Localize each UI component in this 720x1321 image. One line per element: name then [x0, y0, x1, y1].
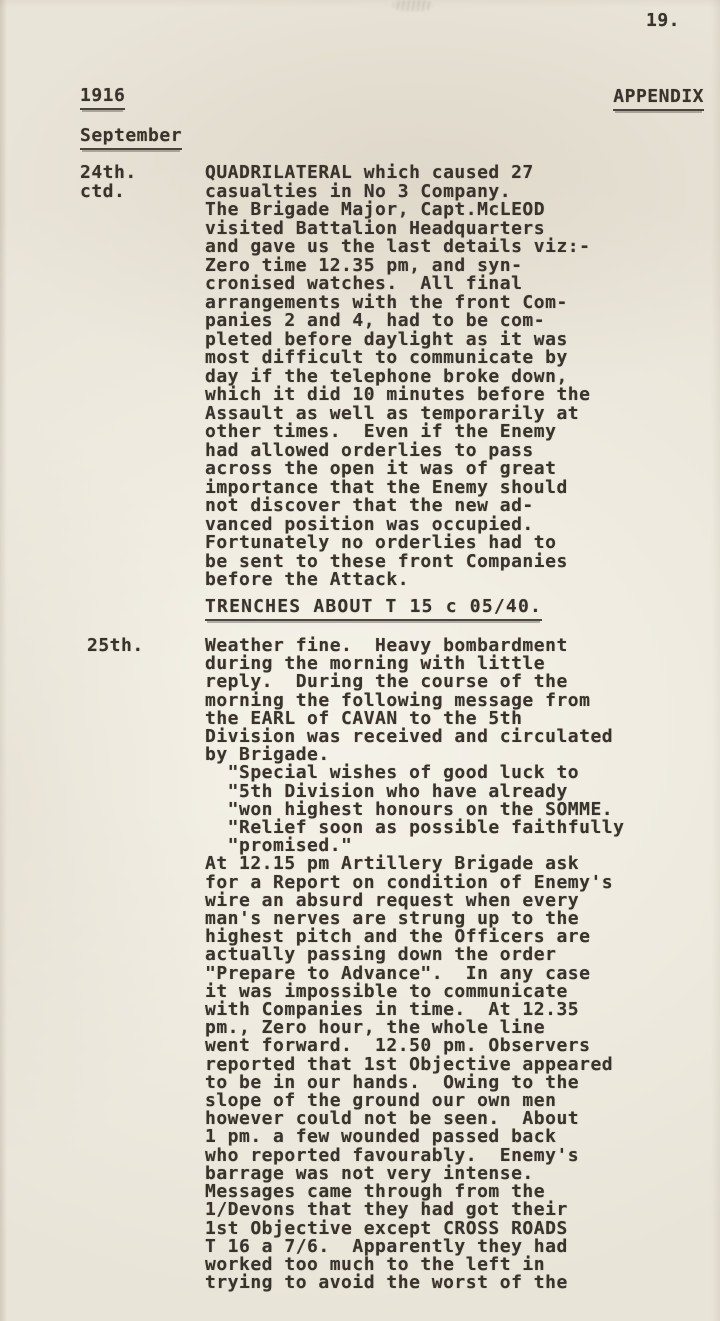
entry-date-line: 24th. — [80, 164, 205, 183]
text-line: went forward. 12.50 pm. Observers — [205, 1037, 720, 1055]
text-line: cronised watches. All final — [205, 275, 720, 294]
appendix-label-text: APPENDIX — [613, 88, 704, 111]
year-heading-text: 1916 — [80, 87, 125, 110]
text-line: 1 pm. a few wounded passed back — [205, 1128, 720, 1146]
page-number: 19. — [646, 12, 680, 31]
month-heading-text: September — [80, 127, 182, 150]
text-line: most difficult to communicate by — [205, 349, 720, 368]
text-line: panies 2 and 4, had to be com- — [205, 312, 720, 331]
text-line: "Special wishes of good luck to — [205, 764, 720, 782]
entry-body-column: Weather fine. Heavy bombardmentduring th… — [205, 637, 720, 1292]
entry-date-line: ctd. — [80, 183, 205, 202]
text-line: trying to avoid the worst of the — [205, 1274, 720, 1292]
text-line: 1st Objective except CROSS ROADS — [205, 1220, 720, 1238]
text-line: At 12.15 pm Artillery Brigade ask — [205, 855, 720, 873]
diary-entry-25th: 25th. Weather fine. Heavy bombardmentdur… — [0, 637, 720, 1292]
text-line: 1/Devons that they had got their — [205, 1201, 720, 1219]
month-heading: September — [80, 127, 182, 150]
text-line: and gave us the last details viz:- — [205, 238, 720, 257]
text-line: The Brigade Major, Capt.McLEOD — [205, 201, 720, 220]
text-line: other times. Even if the Enemy — [205, 423, 720, 442]
text-line: reply. During the course of the — [205, 673, 720, 691]
text-line: actually passing down the order — [205, 946, 720, 964]
year-heading: 1916 — [80, 87, 125, 110]
text-line: across the open it was of great — [205, 460, 720, 479]
text-line: which it did 10 minutes before the — [205, 386, 720, 405]
entry-date-line: 25th. — [87, 637, 205, 655]
entry-date-column: 25th. — [0, 637, 205, 655]
text-line: QUADRILATERAL which caused 27 — [205, 164, 720, 183]
pencil-smudge — [393, 0, 433, 11]
section-heading-text: TRENCHES ABOUT T 15 c 05/40. — [205, 598, 542, 621]
text-line: Fortunately no orderlies had to — [205, 534, 720, 553]
appendix-label: APPENDIX — [613, 88, 704, 111]
diary-entry-24th: 24th.ctd. QUADRILATERAL which caused 27c… — [0, 164, 720, 590]
text-line: not discover that the new ad- — [205, 497, 720, 516]
entry-date-column: 24th.ctd. — [0, 164, 205, 201]
scanned-war-diary-page: { "page": { "number": "19.", "appendix_l… — [0, 0, 720, 1321]
entry-body-column: QUADRILATERAL which caused 27casualties … — [205, 164, 720, 590]
text-line: before the Attack. — [205, 571, 720, 590]
section-heading: TRENCHES ABOUT T 15 c 05/40. — [205, 598, 542, 621]
